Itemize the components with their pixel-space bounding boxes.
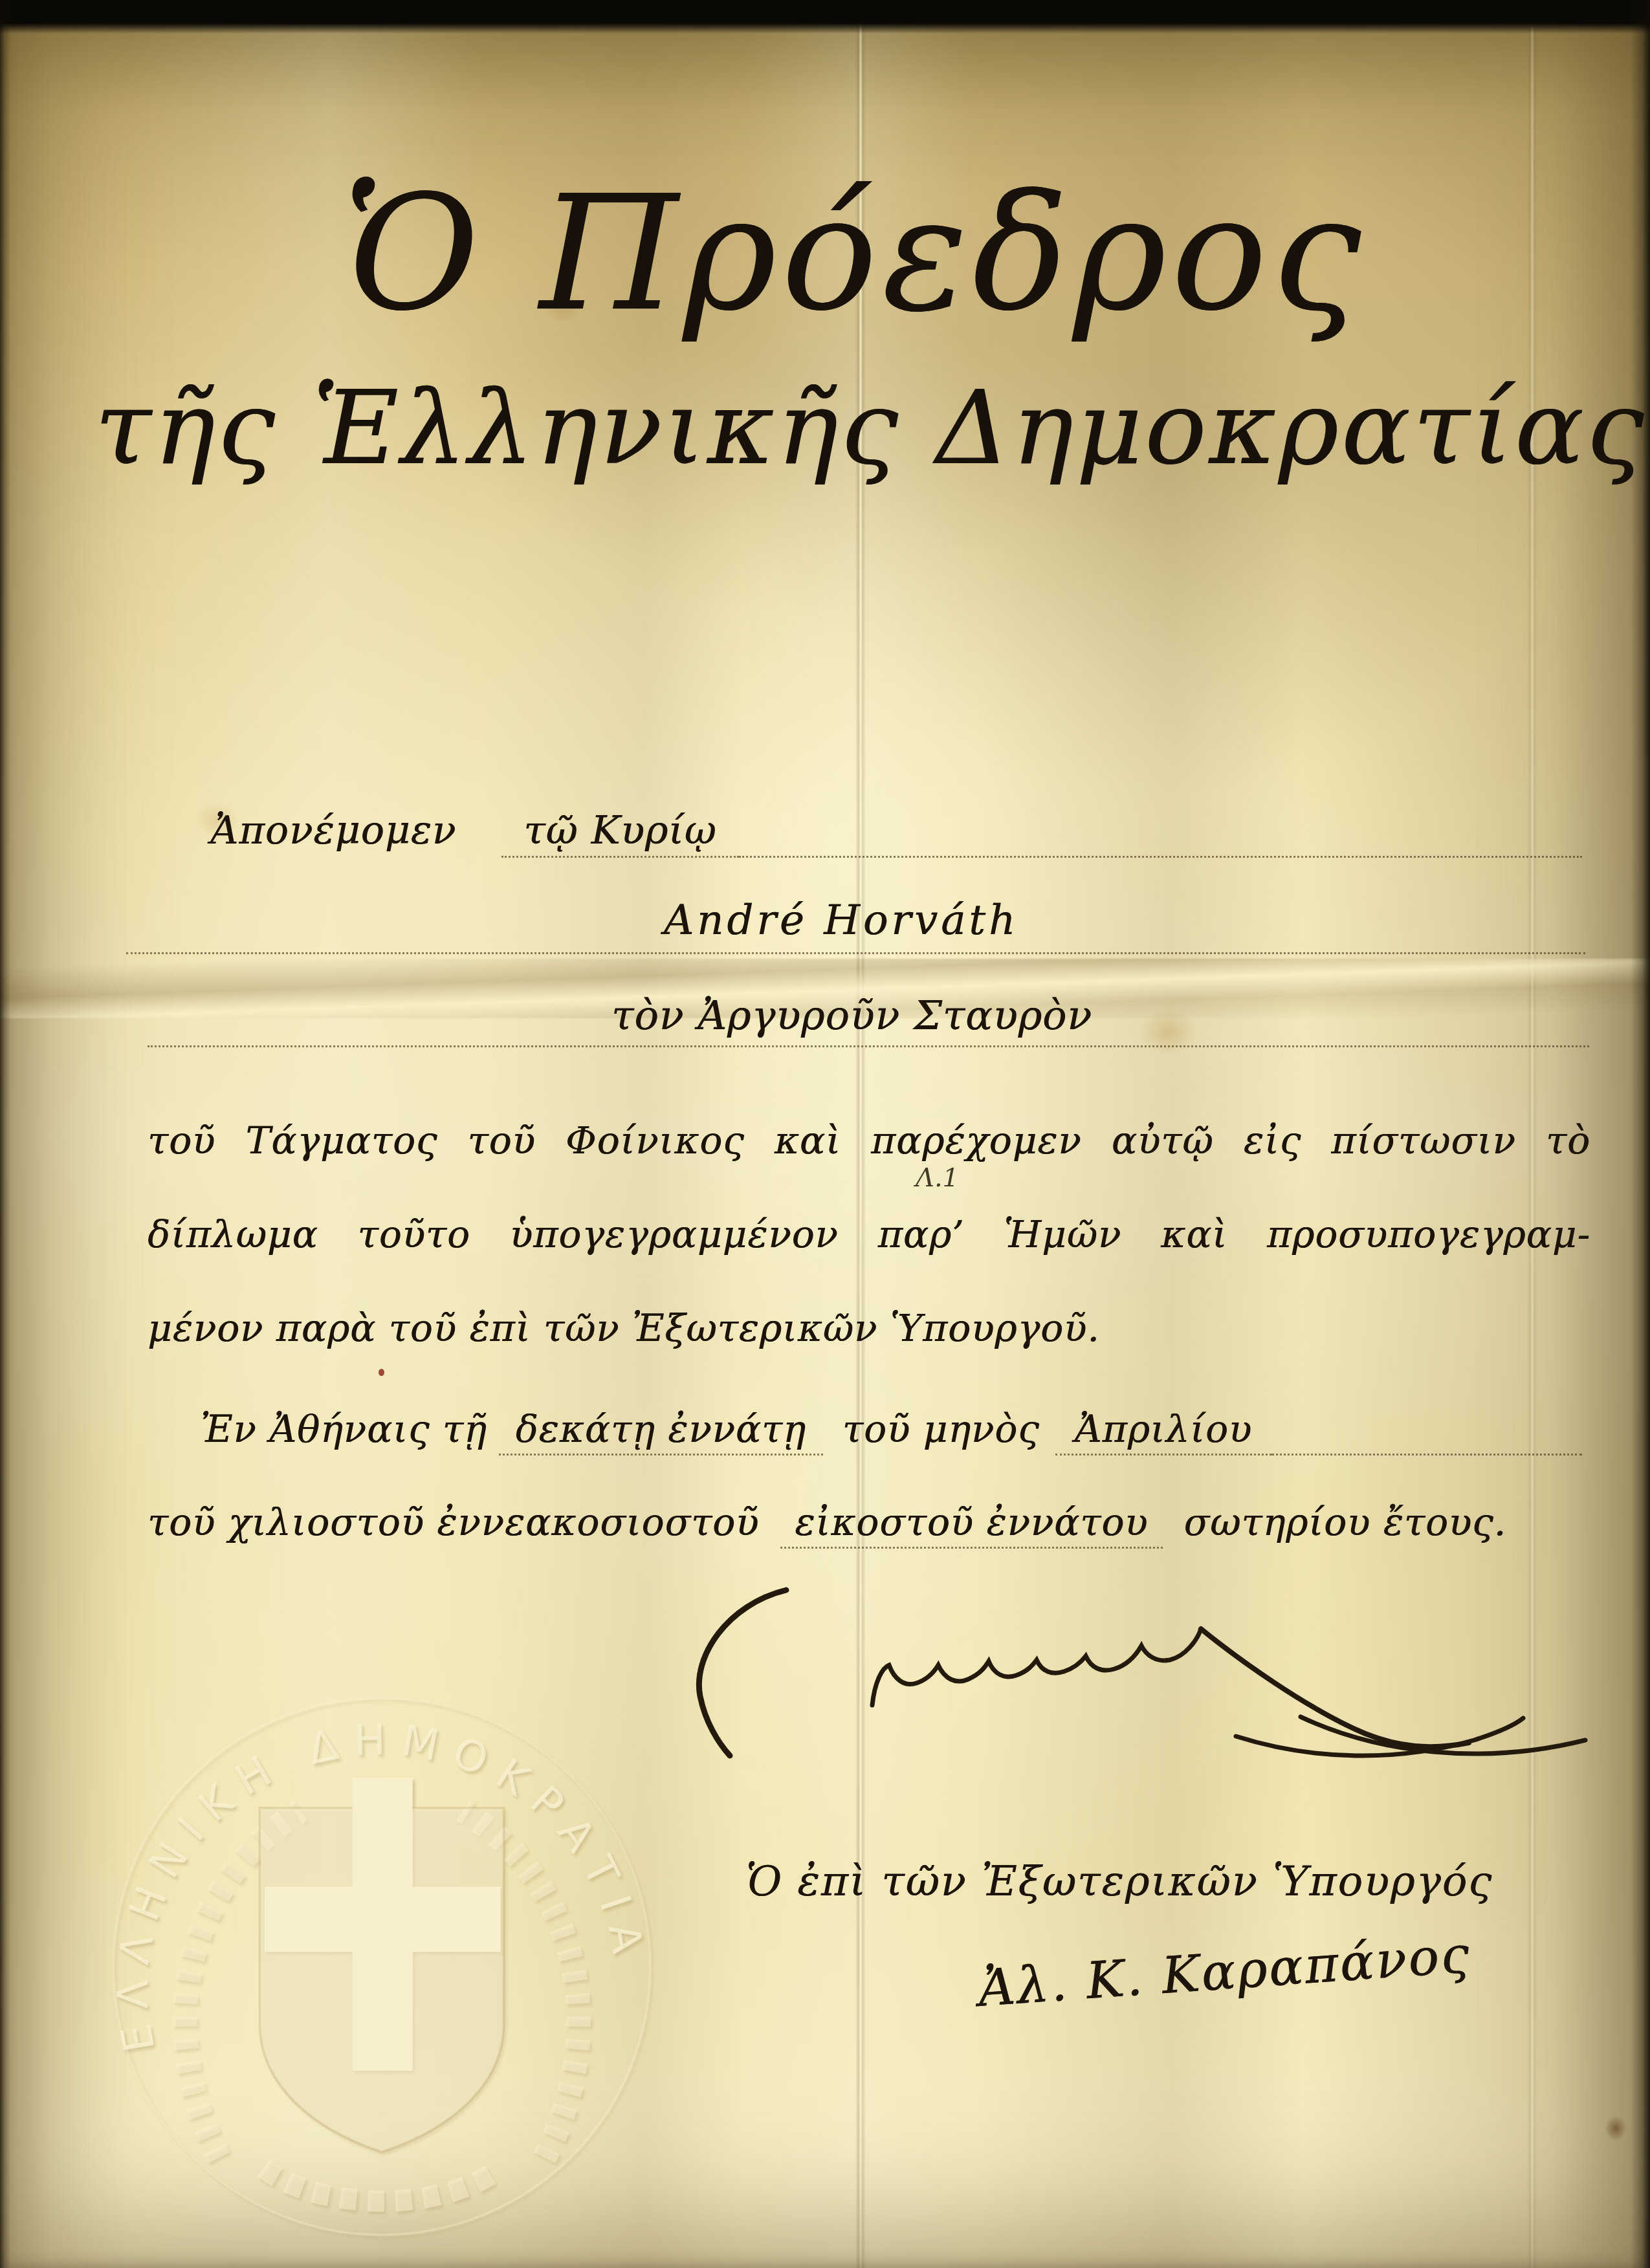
date-line-2: τοῦ χιλιοστοῦ ἐννεακοσιοστοῦ εἰκοστοῦ ἐν…: [148, 1498, 1506, 1549]
body-line-2: δίπλωμα τοῦτο ὑπογεγραμμένον παρ’ Ἡμῶν κ…: [148, 1210, 1590, 1259]
foxing-spot: [1139, 1009, 1197, 1054]
ruled-line: [126, 952, 1585, 954]
insertion-mark: Λ.1: [916, 1163, 959, 1193]
date-month: Ἀπριλίου: [1055, 1405, 1272, 1456]
ruled-line: [148, 1045, 1589, 1047]
date-year-prefix: τοῦ χιλιοστοῦ ἐννεακοσιοστοῦ: [148, 1498, 759, 1547]
president-signature: [666, 1571, 1605, 1778]
document-title-line1: Ὁ Πρόεδρος: [58, 162, 1650, 346]
recipient-intro: τῷ Κυρίῳ: [501, 805, 738, 858]
ink-speck: [379, 1369, 384, 1376]
date-year-underlined: εἰκοστοῦ ἐννάτου: [780, 1498, 1162, 1549]
scan-edge-top: [0, 0, 1650, 39]
date-day: δεκάτῃ ἐννάτῃ: [499, 1405, 823, 1456]
conferral-verb: Ἀπονέμομεν: [210, 805, 456, 856]
date-line-1: Ἐν Ἀθήναις τῇ δεκάτῃ ἐννάτῃ τοῦ μηνὸς Ἀπ…: [201, 1405, 1582, 1456]
ruled-line: [739, 805, 1582, 858]
document-title-line2: τῆς Ἑλληνικῆς Δημοκρατίας: [91, 369, 1650, 488]
ruled-line: [1271, 1405, 1582, 1456]
conferral-line: Ἀπονέμομεν τῷ Κυρίῳ: [210, 805, 1582, 858]
scanned-diploma-page: ΕΛΛΗΝΙΚΗ ΔΗΜΟΚΡΑΤΙΑ Ὁ Πρόεδρος τῆς Ἑλλην…: [0, 0, 1650, 2268]
foxing-spot: [1605, 2115, 1627, 2141]
state-seal: ΕΛΛΗΝΙΚΗ ΔΗΜΟΚΡΑΤΙΑ: [97, 1682, 666, 2251]
scan-edge-left: [0, 0, 10, 2268]
minister-title: Ὁ ἐπὶ τῶν Ἐξωτερικῶν Ὑπουργός: [731, 1858, 1508, 1906]
seal-wreath-base: [264, 2168, 500, 2201]
date-year-suffix: σωτηρίου ἔτους.: [1184, 1498, 1506, 1547]
minister-signature: Ἀλ. Κ. Καραπάνος: [976, 1926, 1473, 2018]
date-month-intro: τοῦ μηνὸς: [842, 1405, 1040, 1454]
award-name: τὸν Ἀργυροῦν Σταυρὸν: [611, 990, 1092, 1042]
recipient-name: André Horváth: [0, 894, 1650, 948]
body-line-3: μένον παρὰ τοῦ ἐπὶ τῶν Ἐξωτερικῶν Ὑπουργ…: [148, 1304, 1590, 1353]
date-place: Ἐν Ἀθήναις τῇ: [201, 1405, 487, 1454]
body-line-1: τοῦ Τάγματος τοῦ Φοίνικος καὶ παρέχομεν …: [148, 1117, 1590, 1165]
